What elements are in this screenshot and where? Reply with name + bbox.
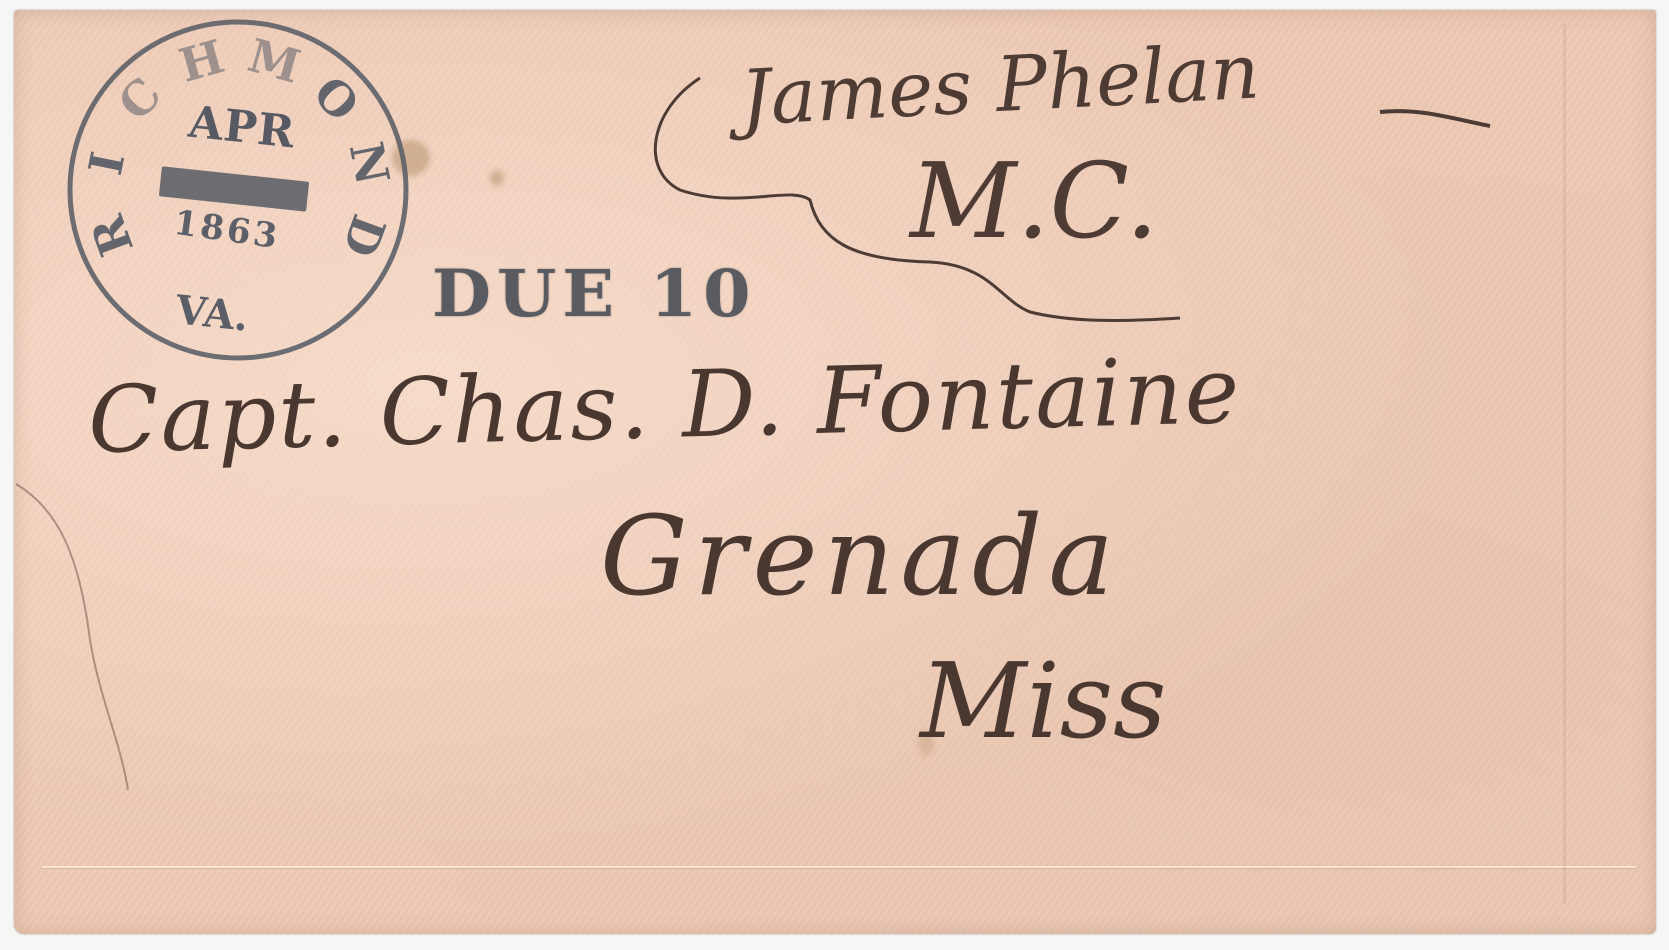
postmark-city-letter: D: [332, 208, 396, 264]
postmark-city-letter: R: [80, 208, 144, 263]
address-city: Grenada: [600, 492, 1120, 620]
due-rate-handstamp: DUE 10: [432, 256, 756, 332]
postmark-city-letter: N: [339, 137, 400, 189]
free-frank-title: M.C.: [910, 140, 1158, 262]
postmark-city-letter: I: [78, 148, 135, 180]
postmark: RICHMOND APR 1863 VA.: [62, 14, 414, 366]
address-state: Miss: [920, 640, 1167, 762]
postmark-city-letter: H: [173, 29, 229, 93]
postmark-city-letter: M: [242, 28, 306, 94]
ink-stain: [490, 170, 504, 186]
